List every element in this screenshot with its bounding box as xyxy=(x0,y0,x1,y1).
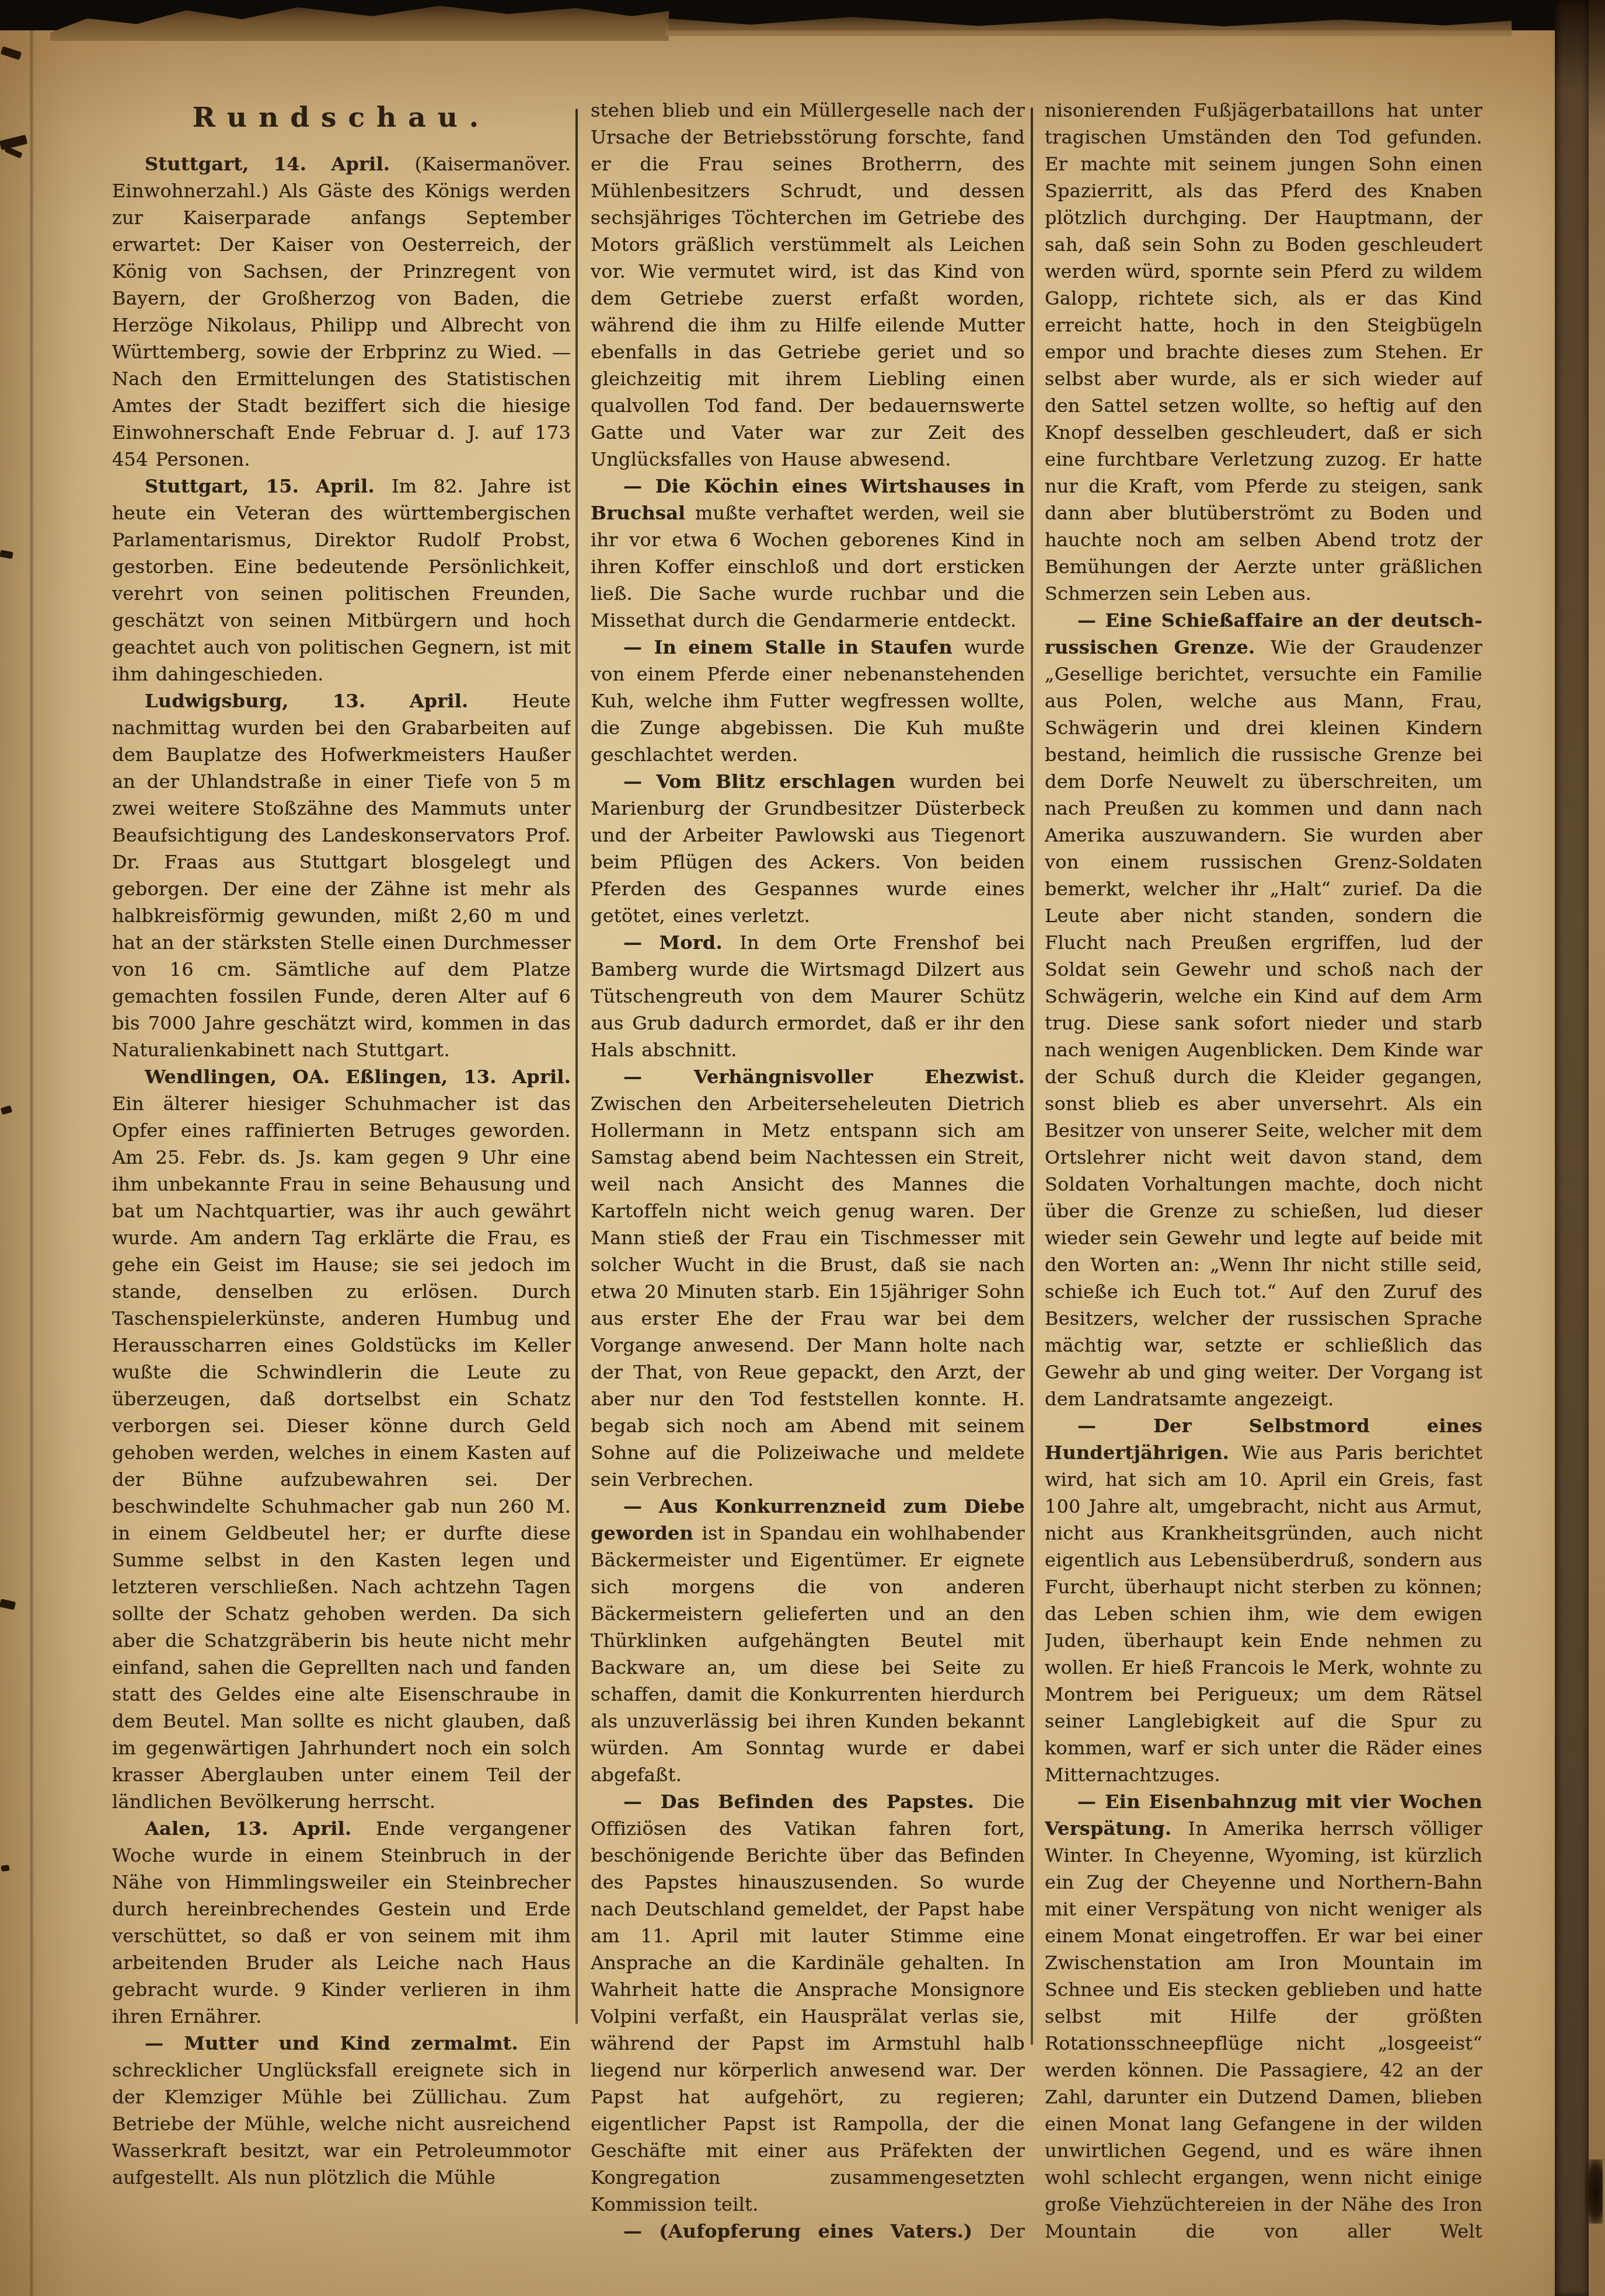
paragraph-lead: — Ein Eisenbahnzug mit vier Wochen Versp… xyxy=(1045,1791,1482,1840)
column-3: nisonierenden Fußjägerbataillons hat unt… xyxy=(1045,97,1482,2250)
column-1: Rundschau. Stuttgart, 14. April. (Kaiser… xyxy=(112,97,571,2191)
article-paragraph: stehen blieb und ein Müllergeselle nach … xyxy=(591,97,1025,473)
article-paragraph: nisonierenden Fußjägerbataillons hat unt… xyxy=(1045,97,1482,607)
paragraph-lead: — In einem Stalle in Staufen xyxy=(623,636,964,658)
paragraph-lead: Aalen, 13. April. xyxy=(145,1817,376,1840)
torn-paper-edge xyxy=(50,4,669,41)
page-edge-strip-dark xyxy=(1555,0,1589,2296)
column-rule xyxy=(575,109,578,2024)
column-3-paragraphs: nisonierenden Fußjägerbataillons hat unt… xyxy=(1045,97,1482,2250)
paragraph-lead: — Mord. xyxy=(623,931,739,954)
column-rule xyxy=(1031,107,1033,2045)
article-paragraph: — Mutter und Kind zermalmt. Ein schreckl… xyxy=(112,2030,571,2191)
article-paragraph: — Vom Blitz erschlagen wurden bei Marien… xyxy=(591,768,1025,929)
paragraph-lead: — Eine Schießaffaire an der deutsch-russ… xyxy=(1045,609,1482,658)
column-2-paragraphs: stehen blieb und ein Müllergeselle nach … xyxy=(591,97,1025,2250)
article-paragraph: — Eine Schießaffaire an der deutsch-russ… xyxy=(1045,607,1482,1412)
paragraph-lead: — Die Köchin eines Wirtshauses in Bruchs… xyxy=(591,475,1025,524)
paragraph-lead: — Aus Konkurrenzneid zum Diebe geworden xyxy=(591,1495,1025,1544)
paragraph-lead: — Der Selbstmord eines Hundertjährigen. xyxy=(1045,1415,1482,1464)
binding-stitch xyxy=(1,1865,9,1872)
torn-paper-edge xyxy=(665,11,1512,36)
paragraph-lead: Stuttgart, 15. April. xyxy=(145,475,392,497)
edge-shadow-blob xyxy=(1585,2159,1603,2224)
paragraph-lead: — Das Befinden des Papstes. xyxy=(623,1791,993,1813)
column-1-paragraphs: Stuttgart, 14. April. (Kaisermanöver. Ei… xyxy=(112,151,571,2191)
article-paragraph: — Aus Konkurrenzneid zum Diebe geworden … xyxy=(591,1493,1025,1788)
article-paragraph: Ludwigsburg, 13. April. Heute nachmittag… xyxy=(112,688,571,1063)
article-paragraph: — Das Befinden des Papstes. Die Offiziös… xyxy=(591,1788,1025,2218)
article-paragraph: — Ein Eisenbahnzug mit vier Wochen Versp… xyxy=(1045,1788,1482,2250)
paragraph-lead: Wendlingen, OA. Eßlingen, 13. April. xyxy=(145,1066,571,1088)
article-paragraph: — Die Köchin eines Wirtshauses in Bruchs… xyxy=(591,473,1025,634)
paragraph-lead: Ludwigsburg, 13. April. xyxy=(145,690,512,712)
paragraph-lead: Stuttgart, 14. April. xyxy=(145,153,414,175)
column-2: stehen blieb und ein Müllergeselle nach … xyxy=(591,97,1025,2250)
paragraph-lead: — Vom Blitz erschlagen xyxy=(623,770,909,793)
article-paragraph: — In einem Stalle in Staufen wurde von e… xyxy=(591,634,1025,768)
paragraph-lead: — Mutter und Kind zermalmt. xyxy=(145,2032,539,2054)
article-paragraph: Stuttgart, 14. April. (Kaisermanöver. Ei… xyxy=(112,151,571,473)
article-paragraph: — (Aufopferung eines Vaters.) Der Hauptm… xyxy=(591,2218,1025,2250)
article-paragraph: Stuttgart, 15. April. Im 82. Jahre ist h… xyxy=(112,473,571,688)
page-edge-strip-light xyxy=(1589,0,1605,2296)
article-paragraph: — Der Selbstmord eines Hundertjährigen. … xyxy=(1045,1412,1482,1788)
newspaper-scan: { "page": { "kind": "historical newspape… xyxy=(0,0,1605,2296)
paragraph-lead: — Verhängnisvoller Ehezwist. xyxy=(623,1066,1025,1088)
article-paragraph: Wendlingen, OA. Eßlingen, 13. April. Ein… xyxy=(112,1063,571,1815)
article-paragraph: Aalen, 13. April. Ende vergangener Woche… xyxy=(112,1815,571,2030)
paragraph-lead: — (Aufopferung eines Vaters.) xyxy=(623,2220,990,2242)
binding-crease xyxy=(29,30,35,2296)
article-paragraph: — Mord. In dem Orte Frenshof bei Bamberg… xyxy=(591,929,1025,1063)
section-title: Rundschau. xyxy=(112,100,571,135)
article-paragraph: — Verhängnisvoller Ehezwist. Zwischen de… xyxy=(591,1063,1025,1493)
